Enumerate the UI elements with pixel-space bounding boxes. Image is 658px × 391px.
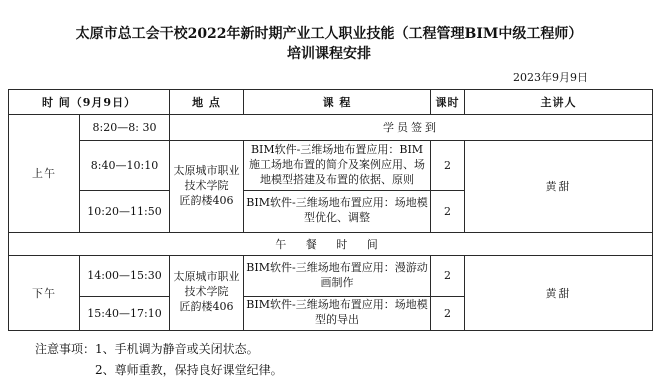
location-line-1: 太原城市职业 <box>172 270 241 285</box>
afternoon-location: 太原城市职业 技术学院 匠韵楼406 <box>170 255 244 330</box>
am2-time: 10:20—11:50 <box>80 190 170 232</box>
pm1-hours: 2 <box>431 255 465 296</box>
header-time: 时 间（9月9日） <box>9 89 170 114</box>
document-title: 太原市总工会干校2022年新时期产业工人职业技能（工程管理BIM中级工程师） 培… <box>0 0 658 65</box>
am1-course: BIM软件-三维场地布置应用：BIM施工场地布置的简介及案例应用、场地模型搭建及… <box>244 140 431 190</box>
note-line-2: 2、尊师重教，保持良好课堂纪律。 <box>35 360 658 381</box>
document-date: 2023年9月9日 <box>0 69 658 85</box>
location-line-1: 太原城市职业 <box>172 164 241 179</box>
location-line-2: 技术学院 <box>172 285 241 300</box>
morning-instructor: 黄甜 <box>465 140 653 232</box>
location-line-3: 匠韵楼406 <box>172 194 241 209</box>
lunch-row: 午 餐 时 间 <box>9 232 653 255</box>
am1-hours: 2 <box>431 140 465 190</box>
note-item-2: 2、尊师重教，保持良好课堂纪律。 <box>95 363 283 377</box>
title-line-1: 太原市总工会干校2022年新时期产业工人职业技能（工程管理BIM中级工程师） <box>0 24 658 44</box>
am2-course: BIM软件-三维场地布置应用：场地模型优化、调整 <box>244 190 431 232</box>
signin-activity: 学员签到 <box>170 114 653 140</box>
pm1-course: BIM软件-三维场地布置应用：漫游动画制作 <box>244 255 431 296</box>
notes-label: 注意事项： <box>35 342 95 356</box>
location-line-3: 匠韵楼406 <box>172 300 241 315</box>
session-afternoon: 下午 <box>9 255 80 330</box>
header-course: 课 程 <box>244 89 431 114</box>
session-morning: 上午 <box>9 114 80 232</box>
note-line-1: 注意事项：1、手机调为静音或关闭状态。 <box>35 339 658 360</box>
afternoon-row-1: 下午 14:00—15:30 太原城市职业 技术学院 匠韵楼406 BIM软件-… <box>9 255 653 296</box>
afternoon-instructor: 黄甜 <box>465 255 653 330</box>
pm2-course: BIM软件-三维场地布置应用：场地模型的导出 <box>244 296 431 330</box>
lunch-break: 午 餐 时 间 <box>9 232 653 255</box>
header-location: 地 点 <box>170 89 244 114</box>
schedule-table: 时 间（9月9日） 地 点 课 程 课时 主讲人 上午 8:20—8: 30 学… <box>8 89 653 331</box>
table-header-row: 时 间（9月9日） 地 点 课 程 课时 主讲人 <box>9 89 653 114</box>
note-item-1: 1、手机调为静音或关闭状态。 <box>95 342 259 356</box>
notes-section: 注意事项：1、手机调为静音或关闭状态。 2、尊师重教，保持良好课堂纪律。 <box>35 339 658 381</box>
document-page: 太原市总工会干校2022年新时期产业工人职业技能（工程管理BIM中级工程师） 培… <box>0 0 658 391</box>
signin-row: 上午 8:20—8: 30 学员签到 <box>9 114 653 140</box>
pm1-time: 14:00—15:30 <box>80 255 170 296</box>
header-instructor: 主讲人 <box>465 89 653 114</box>
pm2-hours: 2 <box>431 296 465 330</box>
am2-hours: 2 <box>431 190 465 232</box>
title-line-2: 培训课程安排 <box>0 44 658 64</box>
am1-time: 8:40—10:10 <box>80 140 170 190</box>
location-line-2: 技术学院 <box>172 179 241 194</box>
morning-location: 太原城市职业 技术学院 匠韵楼406 <box>170 140 244 232</box>
morning-row-1: 8:40—10:10 太原城市职业 技术学院 匠韵楼406 BIM软件-三维场地… <box>9 140 653 190</box>
signin-time: 8:20—8: 30 <box>80 114 170 140</box>
header-hours: 课时 <box>431 89 465 114</box>
pm2-time: 15:40—17:10 <box>80 296 170 330</box>
